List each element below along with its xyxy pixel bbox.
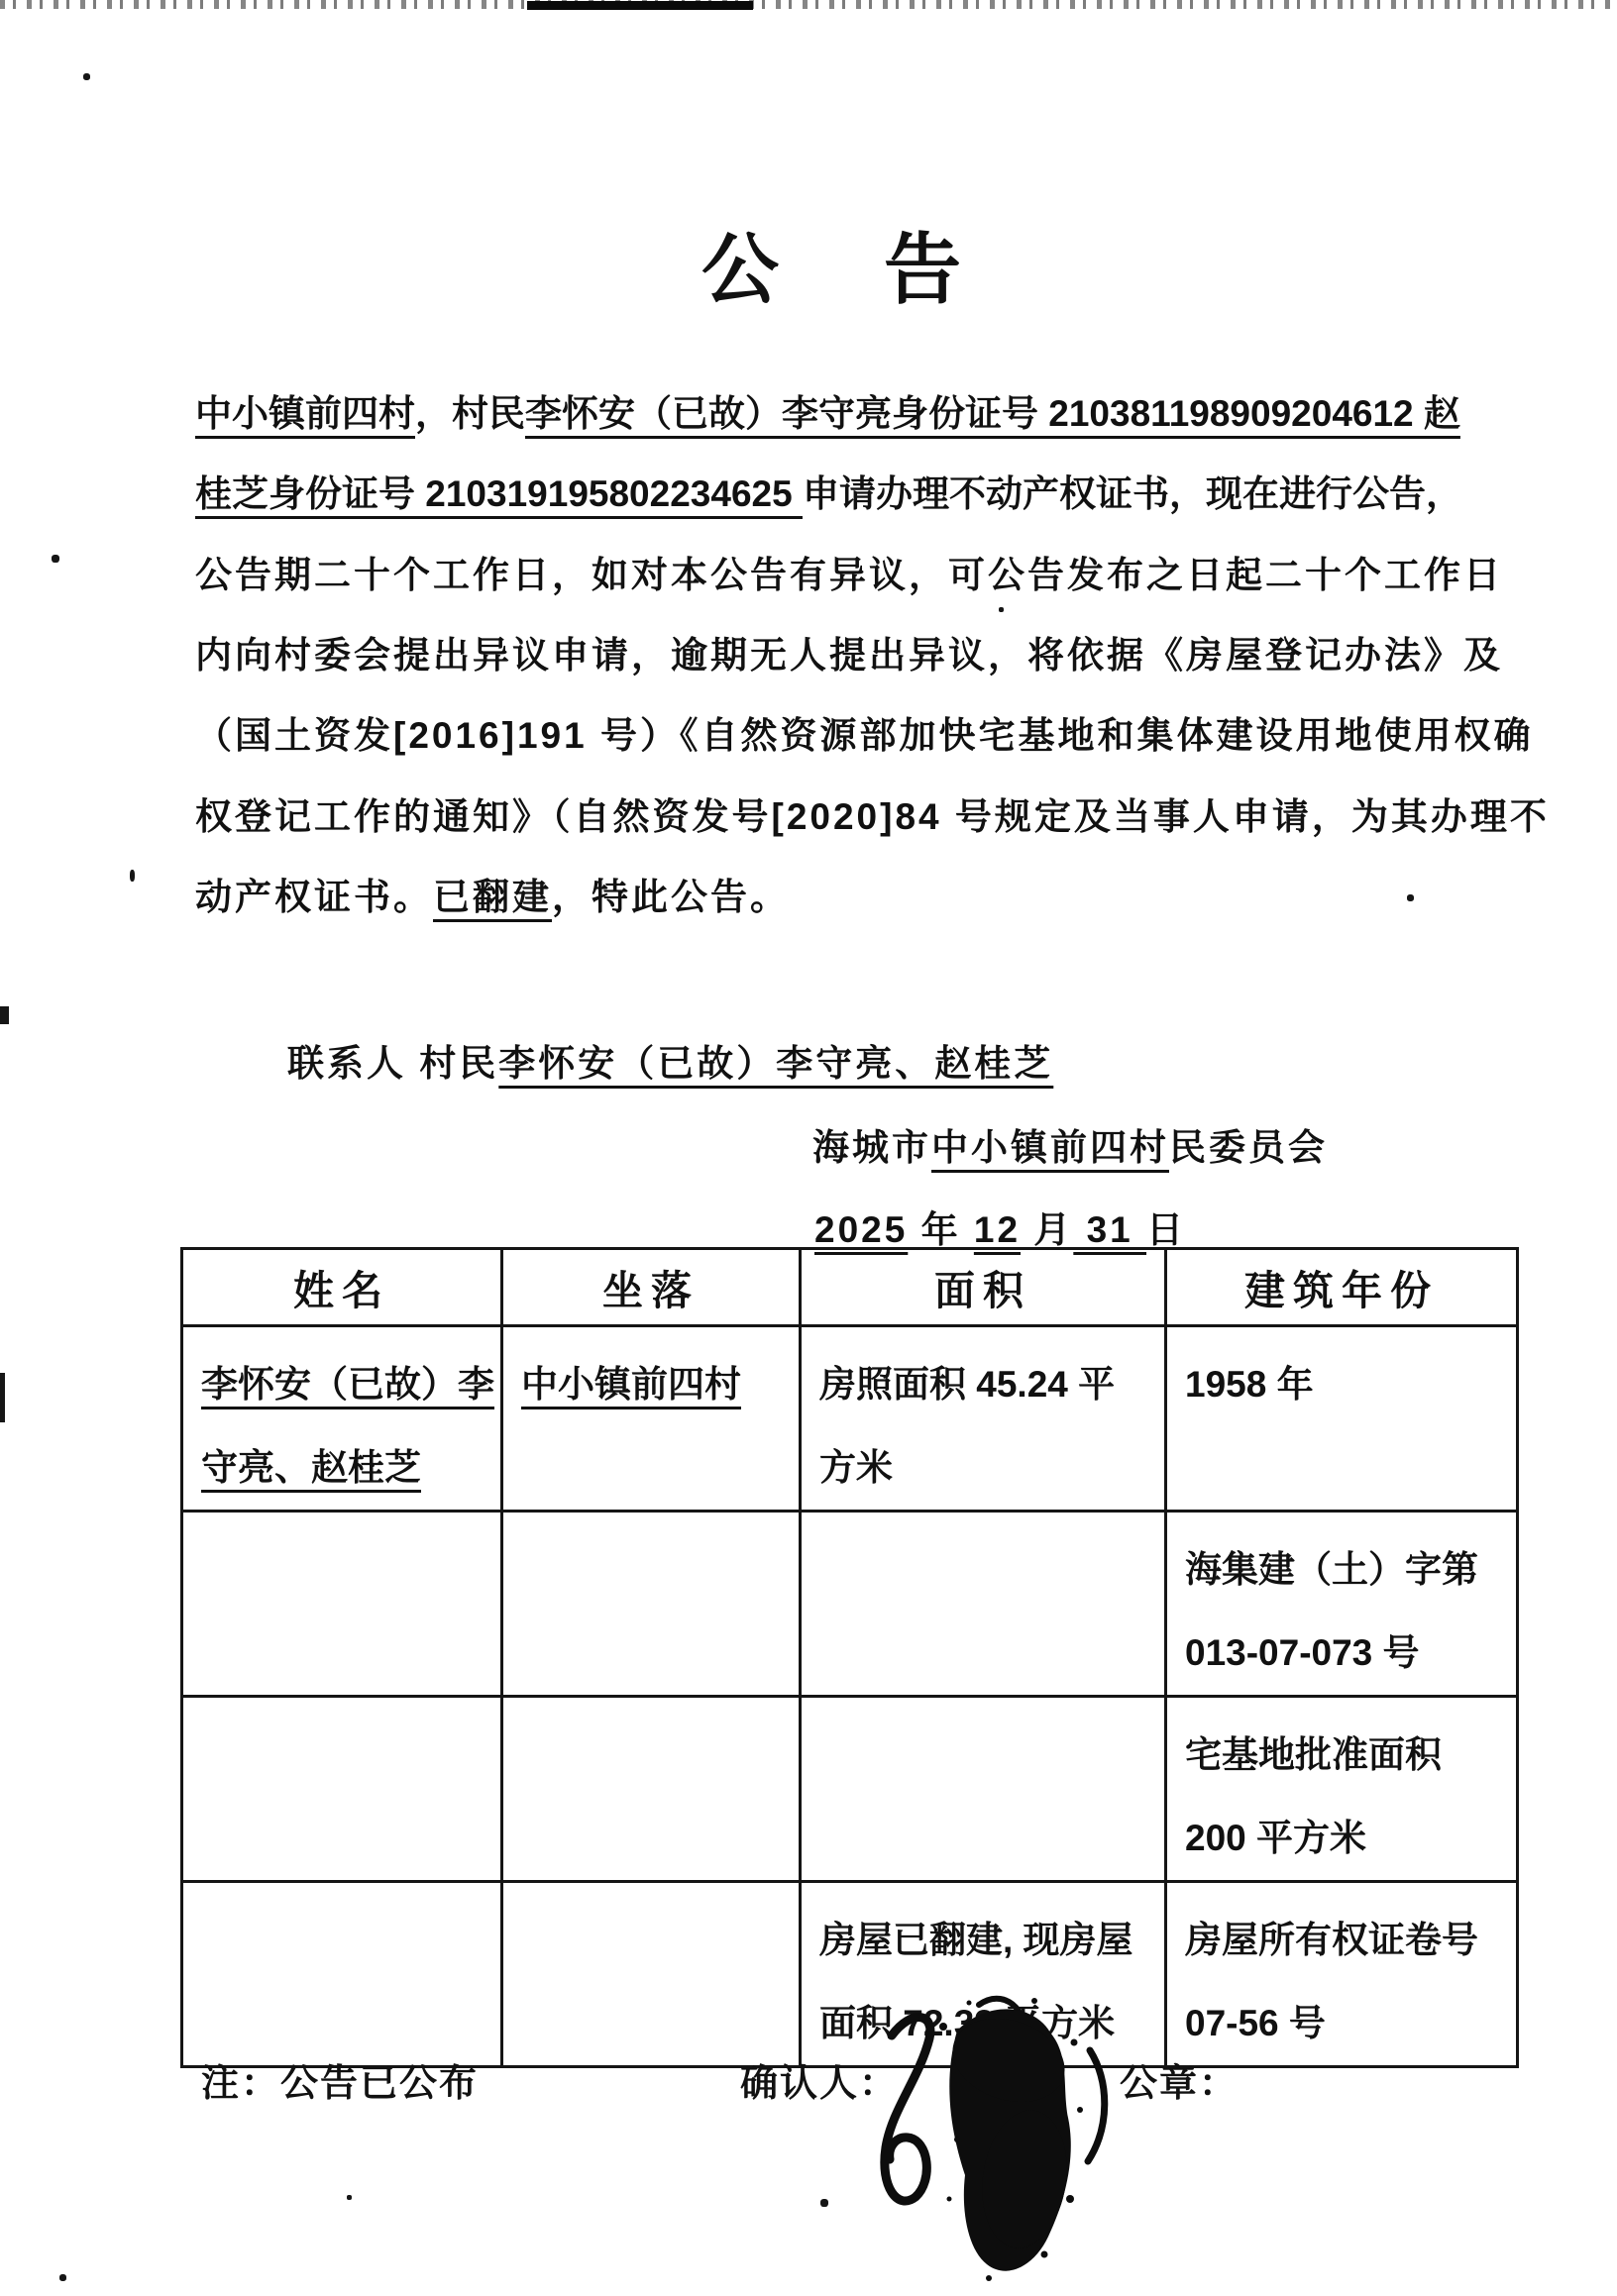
table-cell: 李怀安（已故）李守亮、赵桂芝 bbox=[182, 1326, 502, 1512]
scan-noise-strip bbox=[0, 0, 1617, 9]
table-cell bbox=[182, 1512, 502, 1697]
table-cell: 海集建（土）字第013-07-073 号 bbox=[1166, 1512, 1518, 1697]
underlined-text: 李怀安（已故）李守亮、赵桂芝 bbox=[498, 1043, 1053, 1084]
body-line: 桂芝身份证号 210319195802234625 申请办理不动产权证书，现在进… bbox=[195, 464, 1462, 517]
table-cell-line: 房屋已翻建, 现房屋 bbox=[819, 1899, 1156, 1982]
underlined-text: 中小镇前四村 bbox=[521, 1364, 741, 1405]
text-segment: 民委员会 bbox=[1169, 1127, 1328, 1168]
table-cell-line: 宅基地批准面积 bbox=[1185, 1714, 1508, 1797]
scan-speck bbox=[0, 1373, 5, 1422]
text-segment: 海城市 bbox=[812, 1127, 931, 1168]
text-segment: ，特此公告。 bbox=[552, 877, 790, 917]
text-segment: 房屋所有权证卷号 bbox=[1185, 1920, 1478, 1960]
scan-noise-bar bbox=[527, 1, 753, 10]
text-segment: 07-56 号 bbox=[1185, 2003, 1326, 2043]
table-header-cell: 面积 bbox=[801, 1249, 1166, 1326]
scan-speck bbox=[820, 2199, 828, 2207]
text-segment: ，村民 bbox=[415, 393, 525, 434]
table-header-cell: 坐落 bbox=[502, 1249, 801, 1326]
table-cell-line: 013-07-073 号 bbox=[1185, 1612, 1508, 1695]
body-line: 权登记工作的通知》（自然资发号[2020]84 号规定及当事人申请，为其办理不 bbox=[195, 786, 1550, 840]
underlined-text: 中小镇前四村 bbox=[931, 1127, 1169, 1168]
table-cell-line: 中小镇前四村 bbox=[521, 1343, 791, 1426]
table-cell: 中小镇前四村 bbox=[502, 1326, 801, 1512]
text-segment: 日 bbox=[1146, 1209, 1186, 1250]
body-line: （国土资发[2016]191 号）《自然资源部加快宅基地和集体建设用地使用权确 bbox=[195, 705, 1533, 759]
table-cell-line: 李怀安（已故）李 bbox=[201, 1343, 492, 1426]
text-segment: 动产权证书。 bbox=[195, 877, 433, 917]
table-cell: 房屋所有权证卷号07-56 号 bbox=[1166, 1882, 1518, 2067]
committee-line: 海城市中小镇前四村民委员会 bbox=[812, 1117, 1328, 1171]
table-cell bbox=[502, 1882, 801, 2067]
table-cell-line: 200 平方米 bbox=[1185, 1797, 1508, 1880]
table-cell bbox=[182, 1882, 502, 2067]
text-segment: 方米 bbox=[819, 1447, 893, 1488]
body-line: 中小镇前四村，村民李怀安（已故）李守亮身份证号 2103811989092046… bbox=[195, 383, 1460, 437]
text-segment: 联系人 村民 bbox=[287, 1043, 498, 1084]
text-segment: 年 bbox=[908, 1209, 974, 1250]
table-cell: 房照面积 45.24 平方米 bbox=[801, 1326, 1166, 1512]
table-cell bbox=[502, 1697, 801, 1882]
scan-speck bbox=[0, 1006, 9, 1024]
body-line: 动产权证书。已翻建，特此公告。 bbox=[195, 867, 790, 920]
underlined-text: 守亮、赵桂芝 bbox=[201, 1447, 421, 1488]
table-cell: 1958 年 bbox=[1166, 1326, 1518, 1512]
text-segment: 海集建（土）字第 bbox=[1185, 1549, 1478, 1590]
table-cell-line: 房屋所有权证卷号 bbox=[1185, 1899, 1508, 1982]
scanned-announcement-page: 公 告 中小镇前四村，村民李怀安（已故）李守亮身份证号 210381198909… bbox=[0, 0, 1617, 2296]
underlined-text: 李怀安（已故）李 bbox=[201, 1364, 494, 1405]
table-cell bbox=[801, 1697, 1166, 1882]
scan-speck bbox=[999, 607, 1004, 612]
table-cell-line: 1958 年 bbox=[1185, 1343, 1508, 1426]
text-segment: 房照面积 45.24 平 bbox=[819, 1364, 1115, 1405]
page-title: 公 告 bbox=[701, 208, 975, 319]
underlined-text: 12 bbox=[974, 1209, 1021, 1250]
footer-note: 注：公告已公布 bbox=[201, 2052, 479, 2107]
underlined-text: 桂芝身份证号 210319195802234625 bbox=[195, 473, 803, 514]
table-header-cell: 姓名 bbox=[182, 1249, 502, 1326]
date-line: 2025 年 12 月 31 日 bbox=[814, 1200, 1186, 1253]
contact-line: 联系人 村民李怀安（已故）李守亮、赵桂芝 bbox=[287, 1033, 1053, 1087]
table-cell-line: 海集建（土）字第 bbox=[1185, 1528, 1508, 1612]
scan-speck bbox=[347, 2195, 352, 2200]
table-cell bbox=[182, 1697, 502, 1882]
underlined-text: 李怀安（已故）李守亮身份证号 210381198909204612 赵 bbox=[525, 393, 1460, 434]
text-segment: 宅基地批准面积 bbox=[1185, 1734, 1442, 1775]
signature-ink bbox=[840, 1991, 1157, 2288]
table-cell bbox=[801, 1512, 1166, 1697]
table-row: 海集建（土）字第013-07-073 号 bbox=[182, 1512, 1518, 1697]
text-segment: （国土资发[2016]191 号）《自然资源部加快宅基地和集体建设用地使用权确 bbox=[195, 715, 1533, 756]
table-row: 宅基地批准面积200 平方米 bbox=[182, 1697, 1518, 1882]
scan-speck bbox=[52, 555, 59, 563]
text-segment: 月 bbox=[1021, 1209, 1073, 1250]
underlined-text: 已翻建 bbox=[433, 877, 552, 917]
text-segment: 房屋已翻建, 现房屋 bbox=[819, 1920, 1133, 1960]
underlined-text: 31 bbox=[1073, 1209, 1146, 1250]
table-cell: 宅基地批准面积200 平方米 bbox=[1166, 1697, 1518, 1882]
table-cell-line: 守亮、赵桂芝 bbox=[201, 1426, 492, 1510]
underlined-text: 中小镇前四村 bbox=[195, 393, 415, 434]
text-segment: 申请办理不动产权证书，现在进行公告， bbox=[803, 473, 1462, 514]
text-segment: 权登记工作的通知》（自然资发号[2020]84 号规定及当事人申请，为其办理不 bbox=[195, 796, 1550, 837]
text-segment: 200 平方米 bbox=[1185, 1818, 1366, 1858]
text-segment: 013-07-073 号 bbox=[1185, 1632, 1420, 1673]
scan-speck bbox=[1407, 894, 1414, 901]
scan-speck bbox=[130, 870, 135, 882]
announcement-table: 姓名坐落面积建筑年份李怀安（已故）李守亮、赵桂芝中小镇前四村房照面积 45.24… bbox=[180, 1247, 1519, 2068]
scan-speck bbox=[83, 73, 90, 80]
table-row: 李怀安（已故）李守亮、赵桂芝中小镇前四村房照面积 45.24 平方米1958 年 bbox=[182, 1326, 1518, 1512]
text-segment: 公告期二十个工作日，如对本公告有异议，可公告发布之日起二十个工作日 bbox=[195, 555, 1503, 595]
body-line: 公告期二十个工作日，如对本公告有异议，可公告发布之日起二十个工作日 bbox=[195, 545, 1503, 598]
table-cell-line: 方米 bbox=[819, 1426, 1156, 1510]
body-line: 内向村委会提出异议申请，逾期无人提出异议，将依据《房屋登记办法》及 bbox=[195, 625, 1503, 678]
text-segment: 1958 年 bbox=[1185, 1364, 1314, 1405]
table-header-cell: 建筑年份 bbox=[1166, 1249, 1518, 1326]
text-segment: 内向村委会提出异议申请，逾期无人提出异议，将依据《房屋登记办法》及 bbox=[195, 635, 1503, 676]
scan-speck bbox=[59, 2274, 66, 2281]
underlined-text: 2025 bbox=[814, 1209, 908, 1250]
table-cell-line: 房照面积 45.24 平 bbox=[819, 1343, 1156, 1426]
table-cell bbox=[502, 1512, 801, 1697]
